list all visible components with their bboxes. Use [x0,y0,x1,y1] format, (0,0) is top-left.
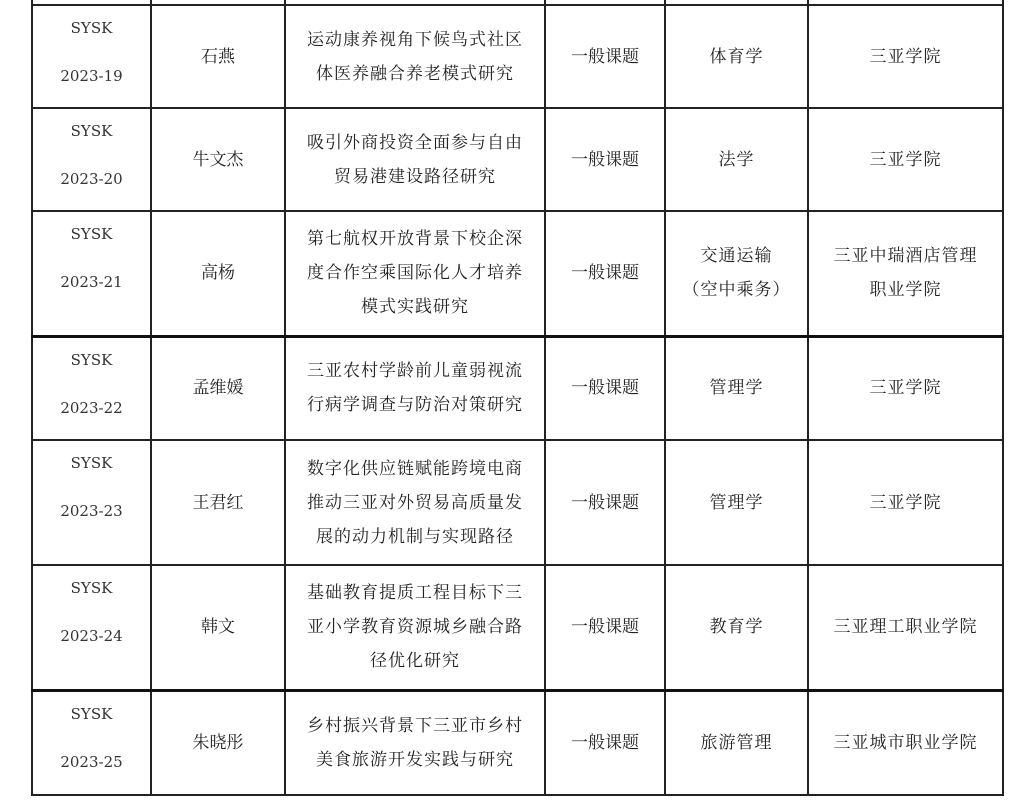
discipline-line: （空中乘务） [666,273,807,307]
code-number: 2023-25 [60,752,122,772]
project-title-line: 基础教育提质工程目标下三 [286,576,544,610]
institution-line: 三亚理工职业学院 [809,610,1002,644]
project-title-line: 三亚农村学龄前儿童弱视流 [286,354,544,388]
project-code-cell: SYSK2023-22 [32,336,151,440]
discipline-line: 体育学 [666,40,807,74]
table-row: SYSK2023-23王君红数字化供应链赋能跨境电商推动三亚对外贸易高质量发展的… [32,440,1003,565]
project-code: SYSK2023-21 [33,220,150,292]
project-table: SYSK2023-19石燕运动康养视角下候鸟式社区体医养融合养老模式研究一般课题… [31,0,1004,796]
discipline-cell: 体育学 [665,5,808,108]
discipline-line: 交通运输 [666,239,807,273]
project-category: 一般课题 [571,378,639,398]
code-number: 2023-19 [60,66,122,86]
project-code: SYSK2023-25 [33,700,150,772]
project-title-cell: 三亚农村学龄前儿童弱视流行病学调查与防治对策研究 [285,336,545,440]
applicant-name-cell: 高杨 [151,211,285,336]
discipline-cell: 法学 [665,108,808,211]
category-cell: 一般课题 [545,565,665,690]
code-prefix: SYSK [71,578,113,598]
applicant-name: 高杨 [201,263,235,283]
project-title-line: 贸易港建设路径研究 [286,160,544,194]
project-title-line: 运动康养视角下候鸟式社区 [286,23,544,57]
project-code-cell: SYSK2023-19 [32,5,151,108]
project-title-line: 数字化供应链赋能跨境电商 [286,452,544,486]
discipline-cell: 教育学 [665,565,808,690]
code-number: 2023-24 [60,626,122,646]
table-row: SYSK2023-21高杨第七航权开放背景下校企深度合作空乘国际化人才培养模式实… [32,211,1003,336]
institution-line: 三亚学院 [809,40,1002,74]
table-body: SYSK2023-19石燕运动康养视角下候鸟式社区体医养融合养老模式研究一般课题… [32,0,1003,795]
applicant-name: 孟维媛 [193,378,244,398]
institution-line: 三亚学院 [809,371,1002,405]
project-code: SYSK2023-20 [33,117,150,189]
category-cell: 一般课题 [545,440,665,565]
institution-line: 三亚中瑞酒店管理 [809,239,1002,273]
applicant-name: 朱晓彤 [193,733,244,753]
applicant-name: 石燕 [201,47,235,67]
project-title-line: 展的动力机制与实现路径 [286,520,544,554]
code-prefix: SYSK [71,350,113,370]
project-title-line: 度合作空乘国际化人才培养 [286,256,544,290]
category-cell: 一般课题 [545,5,665,108]
institution-line: 职业学院 [809,273,1002,307]
project-category: 一般课题 [571,493,639,513]
applicant-name: 牛文杰 [193,150,244,170]
institution-cell: 三亚学院 [808,5,1003,108]
applicant-name-cell: 牛文杰 [151,108,285,211]
code-prefix: SYSK [71,704,113,724]
discipline-cell: 交通运输（空中乘务） [665,211,808,336]
project-code-cell: SYSK2023-21 [32,211,151,336]
project-title-cell: 数字化供应链赋能跨境电商推动三亚对外贸易高质量发展的动力机制与实现路径 [285,440,545,565]
project-code: SYSK2023-24 [33,574,150,646]
category-cell: 一般课题 [545,336,665,440]
code-prefix: SYSK [71,121,113,141]
project-code: SYSK2023-22 [33,346,150,418]
discipline-line: 法学 [666,143,807,177]
table-row: SYSK2023-22孟维媛三亚农村学龄前儿童弱视流行病学调查与防治对策研究一般… [32,336,1003,440]
project-title-cell: 运动康养视角下候鸟式社区体医养融合养老模式研究 [285,5,545,108]
project-title-line: 行病学调查与防治对策研究 [286,388,544,422]
table-row: SYSK2023-25朱晓彤乡村振兴背景下三亚市乡村美食旅游开发实践与研究一般课… [32,690,1003,795]
project-title-line: 模式实践研究 [286,290,544,324]
discipline-line: 管理学 [666,371,807,405]
project-code: SYSK2023-19 [33,14,150,86]
project-title-cell: 乡村振兴背景下三亚市乡村美食旅游开发实践与研究 [285,690,545,795]
project-code-cell: SYSK2023-23 [32,440,151,565]
code-number: 2023-23 [60,501,122,521]
discipline-line: 旅游管理 [666,726,807,760]
code-number: 2023-21 [60,272,122,292]
applicant-name-cell: 石燕 [151,5,285,108]
category-cell: 一般课题 [545,690,665,795]
discipline-cell: 管理学 [665,336,808,440]
project-category: 一般课题 [571,617,639,637]
institution-cell: 三亚中瑞酒店管理职业学院 [808,211,1003,336]
project-category: 一般课题 [571,733,639,753]
project-title-cell: 第七航权开放背景下校企深度合作空乘国际化人才培养模式实践研究 [285,211,545,336]
discipline-line: 教育学 [666,610,807,644]
applicant-name-cell: 孟维媛 [151,336,285,440]
code-number: 2023-20 [60,169,122,189]
institution-cell: 三亚理工职业学院 [808,565,1003,690]
category-cell: 一般课题 [545,108,665,211]
project-title-line: 径优化研究 [286,644,544,678]
applicant-name-cell: 韩文 [151,565,285,690]
project-title-line: 体医养融合养老模式研究 [286,57,544,91]
project-code-cell: SYSK2023-24 [32,565,151,690]
project-title-line: 美食旅游开发实践与研究 [286,743,544,777]
project-title-line: 吸引外商投资全面参与自由 [286,126,544,160]
discipline-cell: 管理学 [665,440,808,565]
project-category: 一般课题 [571,263,639,283]
table-row: SYSK2023-20牛文杰吸引外商投资全面参与自由贸易港建设路径研究一般课题法… [32,108,1003,211]
applicant-name: 王君红 [193,493,244,513]
applicant-name-cell: 王君红 [151,440,285,565]
project-title-line: 推动三亚对外贸易高质量发 [286,486,544,520]
project-code-cell: SYSK2023-25 [32,690,151,795]
table-row: SYSK2023-24韩文基础教育提质工程目标下三亚小学教育资源城乡融合路径优化… [32,565,1003,690]
project-title-line: 乡村振兴背景下三亚市乡村 [286,709,544,743]
table-row: SYSK2023-19石燕运动康养视角下候鸟式社区体医养融合养老模式研究一般课题… [32,5,1003,108]
applicant-name-cell: 朱晓彤 [151,690,285,795]
code-prefix: SYSK [71,18,113,38]
project-code-cell: SYSK2023-20 [32,108,151,211]
code-number: 2023-22 [60,398,122,418]
institution-line: 三亚学院 [809,143,1002,177]
discipline-cell: 旅游管理 [665,690,808,795]
project-title-cell: 基础教育提质工程目标下三亚小学教育资源城乡融合路径优化研究 [285,565,545,690]
category-cell: 一般课题 [545,211,665,336]
project-category: 一般课题 [571,47,639,67]
code-prefix: SYSK [71,224,113,244]
discipline-line: 管理学 [666,486,807,520]
institution-cell: 三亚学院 [808,108,1003,211]
project-code: SYSK2023-23 [33,449,150,521]
code-prefix: SYSK [71,453,113,473]
project-title-line: 亚小学教育资源城乡融合路 [286,610,544,644]
institution-cell: 三亚学院 [808,336,1003,440]
project-category: 一般课题 [571,150,639,170]
institution-line: 三亚城市职业学院 [809,726,1002,760]
institution-cell: 三亚城市职业学院 [808,690,1003,795]
institution-line: 三亚学院 [809,486,1002,520]
project-title-cell: 吸引外商投资全面参与自由贸易港建设路径研究 [285,108,545,211]
institution-cell: 三亚学院 [808,440,1003,565]
project-title-line: 第七航权开放背景下校企深 [286,222,544,256]
applicant-name: 韩文 [201,617,235,637]
